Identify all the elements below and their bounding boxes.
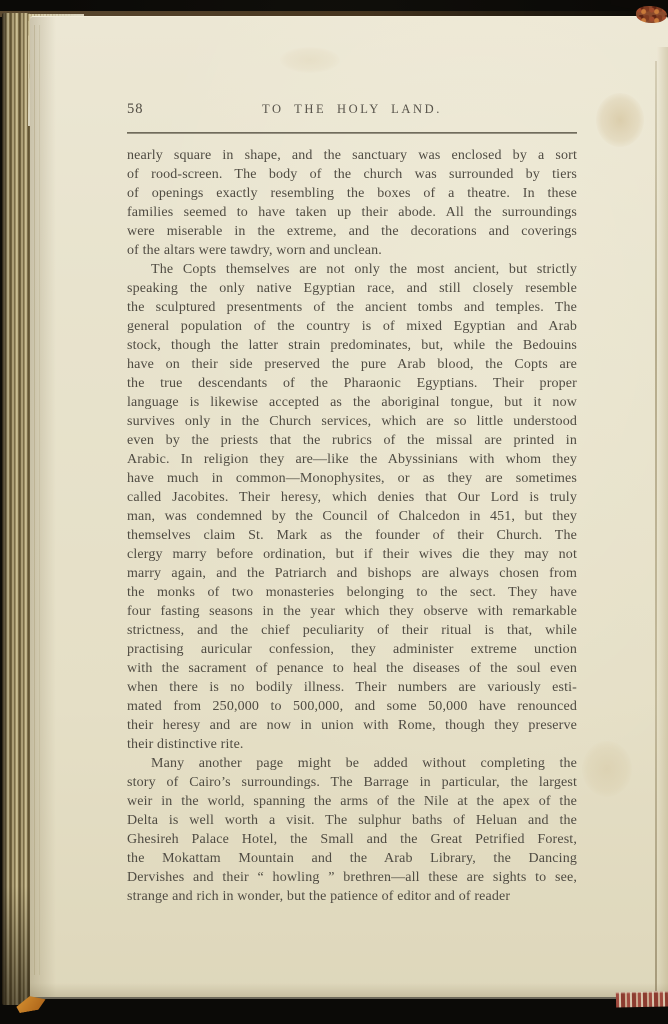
text-line: of the altars were tawdry, worn and uncl… bbox=[127, 241, 577, 260]
text-line: the monks of two monasteries belonging t… bbox=[127, 583, 577, 602]
text-line: strange and rich in wonder, but the pati… bbox=[127, 887, 577, 906]
text-line: themselves claim St. Mark as the founder… bbox=[127, 526, 577, 545]
text-line: called Jacobites. Their heresy, which de… bbox=[127, 488, 577, 507]
text-line: have much in common—Monophysites, or as … bbox=[127, 469, 577, 488]
text-line: Many another page might be added without… bbox=[127, 754, 577, 773]
text-line: nearly square in shape, and the sanctuar… bbox=[127, 146, 577, 165]
book-photo: 58 TO THE HOLY LAND. nearly square in sh… bbox=[0, 0, 668, 1024]
text-line: families seemed to have taken up their a… bbox=[127, 203, 577, 222]
text-line: were miserable in the extreme, and the d… bbox=[127, 222, 577, 241]
printed-text-area: 58 TO THE HOLY LAND. nearly square in sh… bbox=[127, 101, 577, 906]
text-line: four fasting seasons in the year which t… bbox=[127, 602, 577, 621]
text-line: weir in the world, spanning the arms of … bbox=[127, 792, 577, 811]
running-header-row: 58 TO THE HOLY LAND. bbox=[127, 101, 577, 119]
text-line: story of Cairo’s surroundings. The Barra… bbox=[127, 773, 577, 792]
text-line: their heresy and are now in union with R… bbox=[127, 716, 577, 735]
text-line: Delta is well worth a visit. The sulphur… bbox=[127, 811, 577, 830]
marbled-edge-bottom bbox=[616, 992, 668, 1008]
paragraph: nearly square in shape, and the sanctuar… bbox=[127, 146, 577, 260]
foxing-stain bbox=[280, 47, 340, 73]
book-page: 58 TO THE HOLY LAND. nearly square in sh… bbox=[30, 16, 668, 997]
marbled-edge-top bbox=[636, 6, 667, 23]
text-line: clergy marry before ordination, but if t… bbox=[127, 545, 577, 564]
paragraph: The Copts themselves are not only the mo… bbox=[127, 260, 577, 754]
text-line: stock, though the latter strain predomin… bbox=[127, 336, 577, 355]
body-text: nearly square in shape, and the sanctuar… bbox=[127, 146, 577, 906]
text-line: of rood-screen. The body of the church w… bbox=[127, 165, 577, 184]
gutter-crease bbox=[39, 25, 40, 975]
text-line: general population of the country is of … bbox=[127, 317, 577, 336]
text-line: man, was condemned by the Council of Cha… bbox=[127, 507, 577, 526]
text-line: mated from 250,000 to 500,000, and some … bbox=[127, 697, 577, 716]
text-line: Ghesireh Palace Hotel, the Small and the… bbox=[127, 830, 577, 849]
text-line: when there is no bodily illness. Their n… bbox=[127, 678, 577, 697]
page-number: 58 bbox=[127, 101, 183, 118]
text-line: survives only in the Church services, wh… bbox=[127, 412, 577, 431]
text-line: of openings exactly resembling the boxes… bbox=[127, 184, 577, 203]
text-line: The Copts themselves are not only the mo… bbox=[127, 260, 577, 279]
text-line: have on their side preserved the pure Ar… bbox=[127, 355, 577, 374]
text-line: the sculptured presentments of the ancie… bbox=[127, 298, 577, 317]
header-rule bbox=[127, 132, 577, 134]
text-line: strictness, and the chief peculiarity of… bbox=[127, 621, 577, 640]
running-header: TO THE HOLY LAND. bbox=[183, 102, 521, 117]
text-line: marry again, and the Patriarch and bisho… bbox=[127, 564, 577, 583]
right-edge-shade bbox=[657, 47, 668, 997]
text-line: Arabic. In religion they are—like the Ab… bbox=[127, 450, 577, 469]
text-line: with the sacrament of penance to heal th… bbox=[127, 659, 577, 678]
text-line: the true descendants of the Pharaonic Eg… bbox=[127, 374, 577, 393]
text-line: speaking the only native Egyptian race, … bbox=[127, 279, 577, 298]
text-line: practising auricular confession, they ad… bbox=[127, 640, 577, 659]
text-line: their distinctive rite. bbox=[127, 735, 577, 754]
foxing-stain bbox=[582, 741, 632, 797]
foxing-stain bbox=[596, 93, 644, 147]
text-line: even by the priests that the rubrics of … bbox=[127, 431, 577, 450]
gutter-crease bbox=[34, 25, 35, 975]
text-line: language is likewise accepted as the abo… bbox=[127, 393, 577, 412]
page-edge-stack bbox=[2, 13, 30, 1005]
text-line: Dervishes and their “ howling ” brethren… bbox=[127, 868, 577, 887]
text-line: the Mokattam Mountain and the Arab Libra… bbox=[127, 849, 577, 868]
paragraph: Many another page might be added without… bbox=[127, 754, 577, 906]
